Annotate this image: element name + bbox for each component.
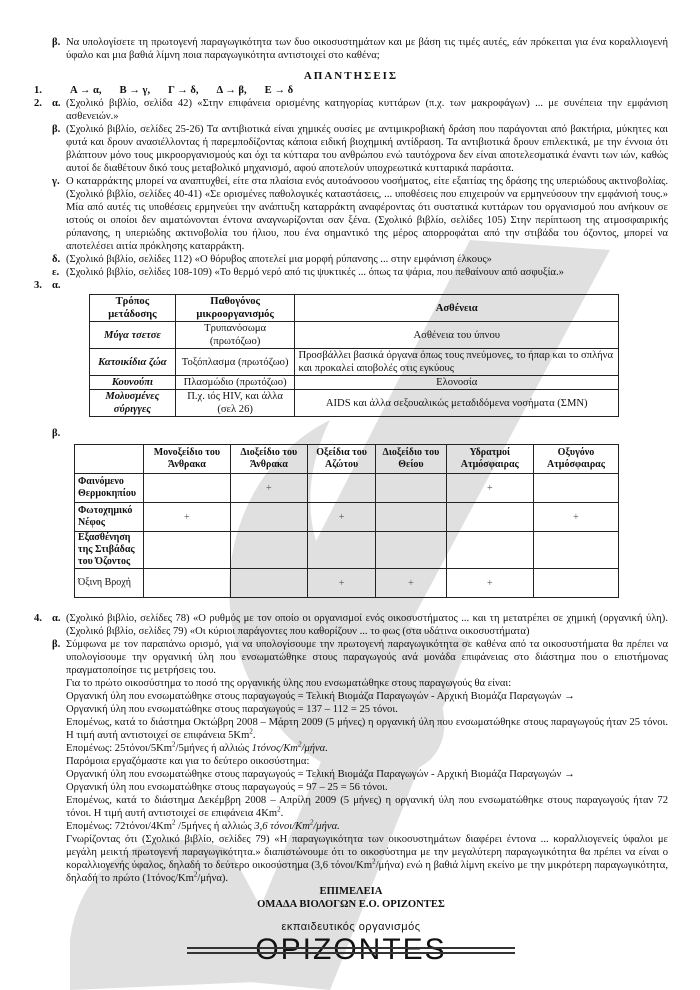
answer-2: 2. α.(Σχολικό βιβλίο, σελίδα 42) «Στην ε… [34,97,668,279]
table-header-row: Μονοξείδιο του ΆνθρακαΔιοξείδιο του Άνθρ… [75,445,619,474]
answer-item: α.(Σχολικό βιβλίο, σελίδα 42) «Στην επιφ… [52,97,668,123]
answer-4b: β. Σύμφωνα με τον παραπάνω ορισμό, για ν… [52,638,668,885]
answer-number: 1. [34,84,52,97]
column-header: Οξυγόνο Ατμόσφαιρας [533,445,618,474]
answer-pair: Γ → δ, [168,85,198,96]
answer-4a: α. (Σχολικό βιβλίο, σελίδες 78) «Ο ρυθμό… [52,612,668,638]
mark-cell: + [446,569,533,598]
answer-number: 2. [34,97,52,279]
mark-cell: + [446,474,533,503]
row-header: Φαινόμενο Θερμοκηπίου [75,474,144,503]
table-row: Μολυσμένες σύριγγεςΠ.χ. ιός HIV, και άλλ… [90,390,619,417]
column-header: Ασθένεια [295,295,619,322]
answer-pair: Β → γ, [120,85,151,96]
logo-wordmark: OPIZONTES [247,934,454,966]
pathogen-cell: Π.χ. ιός HIV, και άλλα (σελ 26) [175,390,295,417]
column-header: Οξείδια του Αζώτου [307,445,375,474]
mark-cell [446,532,533,569]
table-row: Κατοικίδια ζώαΤοξόπλασμα (πρωτόζωο)Προσβ… [90,349,619,376]
answer-line: Οργανική ύλη που ενσωματώθηκε στους παρα… [66,703,668,716]
footer-editor-name: ΟΜΑΔΑ ΒΙΟΛΟΓΩΝ Ε.Ο. ΟΡΙΖΟΝΤΕΣ [34,898,668,911]
answer-text: (Σχολικό βιβλίο, σελίδες 25-26) Τα αντιβ… [66,123,668,175]
table-row: Όξινη Βροχή+++ [75,569,619,598]
answer-text: Ο καταρράκτης μπορεί να αναπτυχθεί, είτε… [66,175,668,253]
mark-cell [533,569,618,598]
answer-item: β.(Σχολικό βιβλίο, σελίδες 25-26) Τα αντ… [52,123,668,175]
answer-item: γ.Ο καταρράκτης μπορεί να αναπτυχθεί, εί… [52,175,668,253]
mark-cell [144,569,231,598]
row-header: Φωτοχημικό Νέφος [75,503,144,532]
answer-letter: γ. [52,175,66,253]
answer-item: δ.(Σχολικό βιβλίο, σελίδες 112) «Ο θόρυβ… [52,253,668,266]
answer-line: Επομένως: 72τόνοι/4Km2 /5μήνες ή αλλιώς … [66,820,668,833]
column-header: Μονοξείδιο του Άνθρακα [144,445,231,474]
mark-cell [376,532,446,569]
table-row: Εξασθένηση της Στιβάδας του Όζοντος [75,532,619,569]
mark-cell: + [144,503,231,532]
disease-cell: Ελονοσία [295,376,619,390]
document-page: β. Να υπολογίσετε τη πρωτογενή παραγωγικ… [0,0,700,966]
transmission-table: Τρόπος μετάδοσηςΠαθογόνος μικροοργανισμό… [89,294,619,417]
plus-mark: + [339,578,345,589]
table-row: Φωτοχημικό Νέφος+++ [75,503,619,532]
plus-mark: + [487,578,493,589]
pathogen-cell: Τρυπανόσωμα (πρωτόζωο) [175,322,295,349]
answer-line: Για το πρώτο οικοσύστημα το ποσό της οργ… [66,677,668,690]
answer-intro: Σύμφωνα με τον παραπάνω ορισμό, για να υ… [66,638,668,677]
disease-cell: AIDS και άλλα σεξουαλικώς μεταδιδόμενα ν… [295,390,619,417]
answer-pair: Δ → β, [216,85,246,96]
mark-cell [144,474,231,503]
answers-title: ΑΠΑΝΤΗΣΕΙΣ [34,70,668,83]
pollution-table: Μονοξείδιο του ΆνθρακαΔιοξείδιο του Άνθρ… [74,444,619,598]
table-header-row: Τρόπος μετάδοσηςΠαθογόνος μικροοργανισμό… [90,295,619,322]
answer-letter: α. [52,97,66,123]
answer-pair: Ε → δ [265,85,293,96]
answer-text: (Σχολικό βιβλίο, σελίδες 108-109) «Το θε… [66,266,668,279]
mark-cell [230,532,307,569]
plus-mark: + [573,512,579,523]
answer-line: Επομένως: 25τόνοι/5Km2/5μήνες ή αλλιώς 1… [66,742,668,755]
plus-mark: + [487,483,493,494]
row-header: Εξασθένηση της Στιβάδας του Όζοντος [75,532,144,569]
mark-cell [376,503,446,532]
mark-cell [533,474,618,503]
transmission-cell: Μολυσμένες σύριγγες [90,390,176,417]
question-text: Να υπολογίσετε τη πρωτογενή παραγωγικότη… [66,36,668,62]
question-4b: β. Να υπολογίσετε τη πρωτογενή παραγωγικ… [52,36,668,62]
answer-1: 1. Α → α,Β → γ,Γ → δ,Δ → β,Ε → δ [34,84,668,97]
disease-cell: Προσβάλλει βασικά όργανα όπως τους πνεύμ… [295,349,619,376]
answer-letter: α. [52,612,66,638]
answer-item: ε.(Σχολικό βιβλίο, σελίδες 108-109) «Το … [52,266,668,279]
column-header: Διοξείδιο του Άνθρακα [230,445,307,474]
answer-3b: β. [34,427,668,440]
mark-cell: + [307,503,375,532]
answer-line: Γνωρίζοντας ότι (Σχολικό βιβλίο, σελίδες… [66,833,668,885]
mark-cell: + [307,569,375,598]
answer-line: Επομένως, κατά το διάστημα Δεκέμβρη 2008… [66,794,668,820]
transmission-cell: Κατοικίδια ζώα [90,349,176,376]
column-header: Τρόπος μετάδοσης [90,295,176,322]
answer-2-items: α.(Σχολικό βιβλίο, σελίδα 42) «Στην επιφ… [52,97,668,279]
answer-4b-lines: Για το πρώτο οικοσύστημα το ποσό της οργ… [66,677,668,885]
table-row: Φαινόμενο Θερμοκηπίου++ [75,474,619,503]
mark-cell [230,569,307,598]
pathogen-cell: Τοξόπλασμα (πρωτόζωο) [175,349,295,376]
footer-editor-label: ΕΠΙΜΕΛΕΙΑ [34,885,668,898]
answer-pair: Α → α, [70,85,102,96]
mark-cell [307,532,375,569]
plus-mark: + [266,483,272,494]
table-row: Μύγα τσετσεΤρυπανόσωμα (πρωτόζωο)Ασθένει… [90,322,619,349]
mark-cell: + [376,569,446,598]
plus-mark: + [408,578,414,589]
disease-cell: Ασθένεια του ύπνου [295,322,619,349]
answer-text: (Σχολικό βιβλίο, σελίδα 42) «Στην επιφάν… [66,97,668,123]
answer-letter: δ. [52,253,66,266]
mark-cell: + [230,474,307,503]
answer-3: 3. α. [34,279,668,292]
column-header: Διοξείδιο του Θείου [376,445,446,474]
column-header: Υδρατμοί Ατμόσφαιρας [446,445,533,474]
mark-cell [307,474,375,503]
answer-letter: α. [52,279,66,292]
organization-logo: εκπαιδευτικός οργανισμός OPIZONTES [34,921,668,966]
answer-text: (Σχολικό βιβλίο, σελίδες 78) «Ο ρυθμός μ… [66,612,668,638]
mark-cell: + [533,503,618,532]
pathogen-cell: Πλασμώδιο (πρωτόζωο) [175,376,295,390]
answer-text: (Σχολικό βιβλίο, σελίδες 112) «Ο θόρυβος… [66,253,668,266]
table-row: ΚουνούπιΠλασμώδιο (πρωτόζωο)Ελονοσία [90,376,619,390]
answer-letter: β. [52,427,66,440]
mark-cell [446,503,533,532]
answer-line: Οργανική ύλη που ενσωματώθηκε στους παρα… [66,690,668,703]
column-header: Παθογόνος μικροοργανισμός [175,295,295,322]
question-letter: β. [52,36,66,62]
mark-cell [376,474,446,503]
row-header: Όξινη Βροχή [75,569,144,598]
transmission-cell: Μύγα τσετσε [90,322,176,349]
answer-number: 4. [34,612,52,885]
column-header [75,445,144,474]
answer-letter: β. [52,123,66,175]
answer-letter: β. [52,638,66,885]
answer-line: Επομένως, κατά το διάστημα Οκτώβρη 2008 … [66,716,668,742]
mark-cell [533,532,618,569]
plus-mark: + [184,512,190,523]
mark-cell [230,503,307,532]
answer-letter: ε. [52,266,66,279]
answer-number: 3. [34,279,52,292]
answer-line: Παρόμοια εργαζόμαστε και για το δεύτερο … [66,755,668,768]
plus-mark: + [339,512,345,523]
transmission-cell: Κουνούπι [90,376,176,390]
answer-line: Οργανική ύλη που ενσωματώθηκε στους παρα… [66,768,668,781]
answer-1-pairs: Α → α,Β → γ,Γ → δ,Δ → β,Ε → δ [70,84,311,97]
mark-cell [144,532,231,569]
answer-line: Οργανική ύλη που ενσωματώθηκε στους παρα… [66,781,668,794]
answer-4: 4. α. (Σχολικό βιβλίο, σελίδες 78) «Ο ρυ… [34,612,668,885]
